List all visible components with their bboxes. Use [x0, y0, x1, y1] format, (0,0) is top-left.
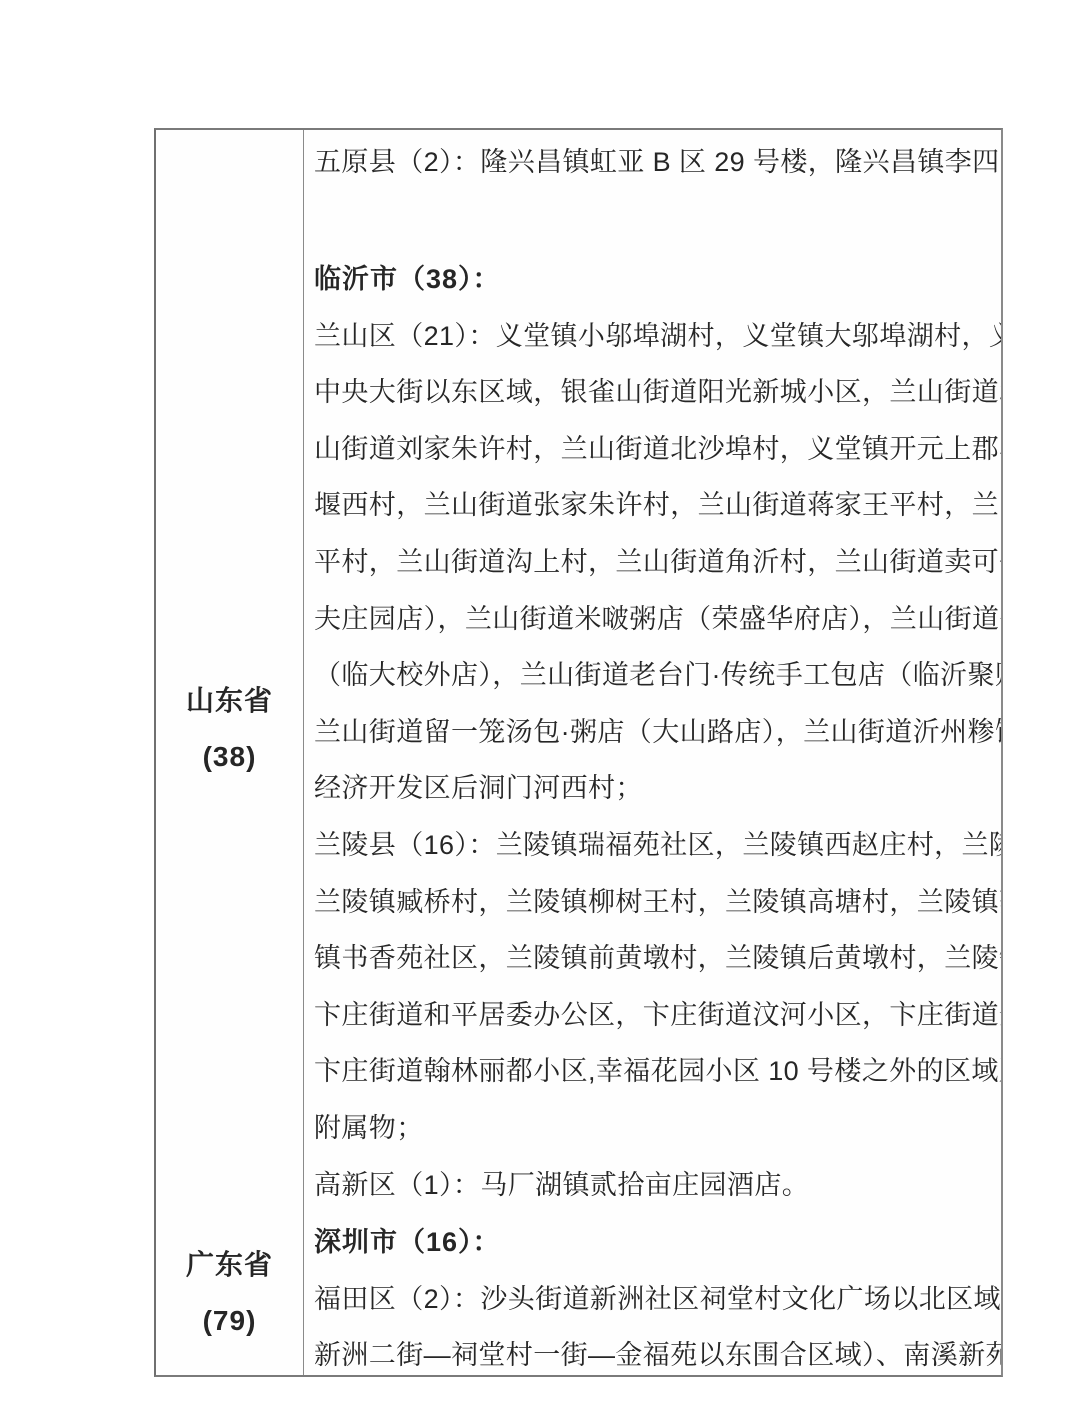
region-text-line: 兰陵镇臧桥村，兰陵镇柳树王村，兰陵镇高塘村，兰陵镇蔡庙村，兰陵 [314, 874, 995, 931]
city-heading-line: 临沂市（38）： [314, 251, 995, 308]
document-page: { "page": { "background_color": "#ffffff… [0, 0, 1080, 1420]
region-text-line: 中央大街以东区域，银雀山街道阳光新城小区，兰山街道北道小区，兰 [314, 364, 995, 421]
city-heading-line: 深圳市（16）： [314, 1214, 995, 1271]
province-name: 广东省 [186, 1237, 273, 1293]
region-content-cell: 五原县（2）：隆兴昌镇虹亚 B 区 29 号楼，隆兴昌镇李四骨科医院。 [304, 130, 1001, 247]
region-text-line: 附属物； [314, 1100, 995, 1157]
region-content-cell: 深圳市（16）：福田区（2）：沙头街道新洲社区祠堂村文化广场以北区域（新洲七街—… [304, 1210, 1001, 1375]
region-text-line: 经济开发区后洞门河西村； [314, 760, 995, 817]
risk-area-table: 五原县（2）：隆兴昌镇虹亚 B 区 29 号楼，隆兴昌镇李四骨科医院。山东省(3… [154, 128, 1003, 1377]
province-label-cell [156, 130, 304, 247]
region-text-line: 高新区（1）：马厂湖镇贰拾亩庄园酒店。 [314, 1157, 995, 1211]
region-text-line: 五原县（2）：隆兴昌镇虹亚 B 区 29 号楼，隆兴昌镇李四骨科医院。 [314, 134, 995, 191]
region-text-line: 兰山区（21）：义堂镇小邬埠湖村，义堂镇大邬埠湖村，义堂镇堰东村， [314, 308, 995, 365]
region-text-line: 兰山街道留一笼汤包·粥店（大山路店），兰山街道沂州糁馆大学城店， [314, 704, 995, 761]
region-text-line: 新洲二街—祠堂村一街—金福苑以东围合区域）、南溪新苑小区、祠堂 [314, 1327, 995, 1375]
region-content-cell: 临沂市（38）：兰山区（21）：义堂镇小邬埠湖村，义堂镇大邬埠湖村，义堂镇堰东村… [304, 247, 1001, 1210]
region-text-line: 兰陵县（16）：兰陵镇瑞福苑社区，兰陵镇西赵庄村，兰陵镇房庄村， [314, 817, 995, 874]
province-label-cell: 广东省(79) [156, 1210, 304, 1375]
region-text-line: 卞庄街道翰林丽都小区,幸福花园小区 10 号楼之外的区域及其周边建筑 [314, 1043, 995, 1100]
region-text-line: 福田区（2）：沙头街道新洲社区祠堂村文化广场以北区域（新洲七街— [314, 1271, 995, 1328]
region-text-line: 卞庄街道和平居委办公区，卞庄街道汶河小区，卞庄街道金海湾小区， [314, 987, 995, 1044]
region-text-line: 镇书香苑社区，兰陵镇前黄墩村，兰陵镇后黄墩村，兰陵镇西北圩村， [314, 930, 995, 987]
region-text-line: 山街道刘家朱许村，兰山街道北沙埠村，义堂镇开元上郡小区，义堂镇 [314, 421, 995, 478]
region-text-line: 堰西村，兰山街道张家朱许村，兰山街道蒋家王平村，兰山街道葛家王 [314, 477, 995, 534]
province-count: (38) [203, 729, 257, 785]
region-text-line: 平村，兰山街道沟上村，兰山街道角沂村，兰山街道卖可便利店（高尔 [314, 534, 995, 591]
province-count: (79) [203, 1293, 257, 1349]
region-text-line: （临大校外店），兰山街道老台门·传统手工包店（临沂聚财三路店）， [314, 647, 995, 704]
province-label-cell: 山东省(38) [156, 247, 304, 1210]
province-name: 山东省 [186, 673, 273, 729]
region-text-line: 夫庄园店），兰山街道米啵粥店（荣盛华府店），兰山街道公社生产队 [314, 591, 995, 648]
